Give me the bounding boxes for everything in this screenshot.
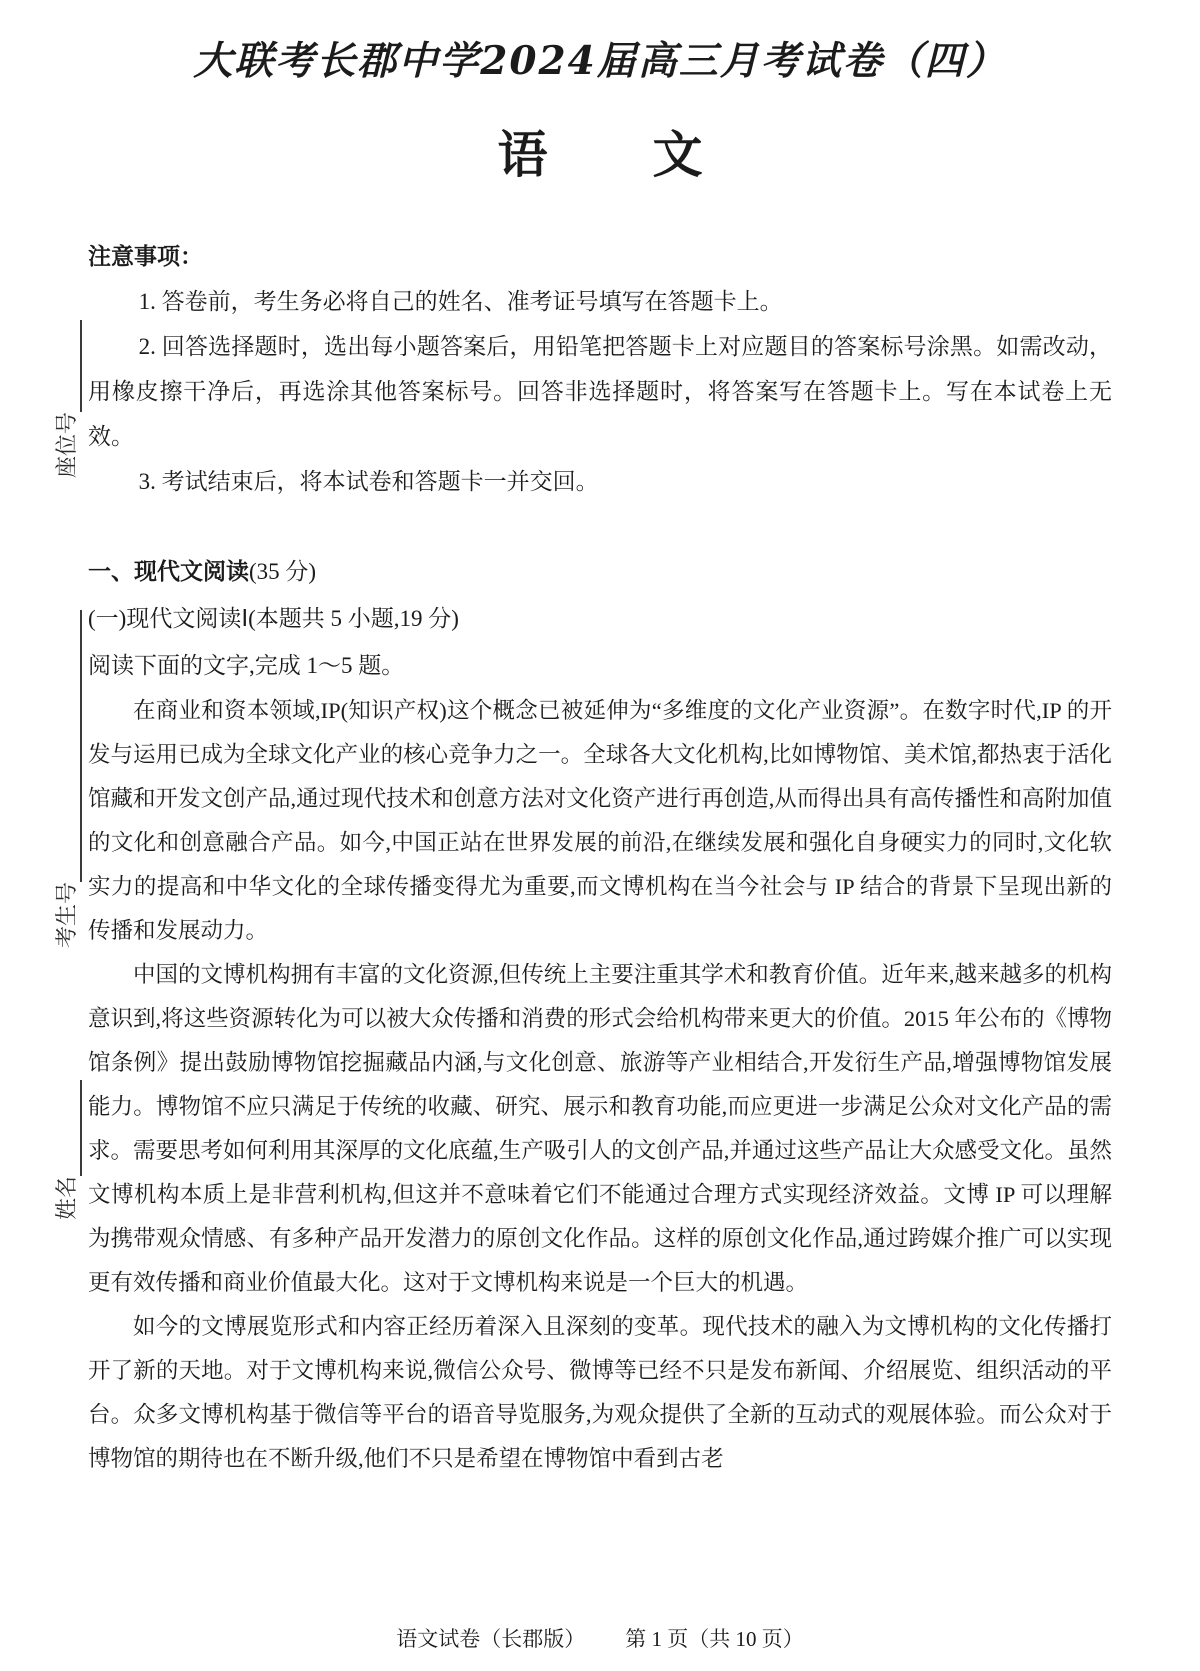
page-footer: 语文试卷（长郡版）第 1 页（共 10 页） <box>0 1623 1200 1653</box>
exam-title: 大联考长郡中学2024届高三月考试卷（四） <box>88 30 1112 86</box>
seal-margin-strip: 姓名 考生号 座位号 <box>38 320 82 1220</box>
seal-seat-no-label: 座位号 <box>52 412 82 478</box>
notice-item-1: 1. 答卷前，考生务必将自己的姓名、准考证号填写在答题卡上。 <box>88 279 1112 324</box>
footer-doc-label: 语文试卷（长郡版） <box>396 1627 585 1651</box>
seal-candidate-no-group: 考生号 <box>52 610 82 948</box>
passage-paragraph-3: 如今的文博展览形式和内容正经历着深入且深刻的变革。现代技术的融入为文博机构的文化… <box>88 1305 1112 1481</box>
passage-paragraph-1: 在商业和资本领域,IP(知识产权)这个概念已被延伸为“多维度的文化产业资源”。在… <box>88 689 1112 953</box>
passage-paragraph-2: 中国的文博机构拥有丰富的文化资源,但传统上主要注重其学术和教育价值。近年来,越来… <box>88 953 1112 1305</box>
page-content: 大联考长郡中学2024届高三月考试卷（四） 语 文 注意事项： 1. 答卷前，考… <box>88 0 1112 1481</box>
notice-heading: 注意事项： <box>88 234 1112 279</box>
section-heading: 一、现代文阅读(35 分) <box>88 548 1112 595</box>
section-heading-label: 一、现代文阅读 <box>88 558 249 584</box>
seal-name-label: 姓名 <box>52 1176 82 1220</box>
subsection-heading: (一)现代文阅读Ⅰ(本题共 5 小题,19 分) <box>88 595 1112 642</box>
subject-title: 语 文 <box>88 126 1112 184</box>
seal-candidate-no-blank-line <box>54 610 82 882</box>
seal-name-group: 姓名 <box>52 1080 82 1220</box>
reading-passage: 在商业和资本领域,IP(知识产权)这个概念已被延伸为“多维度的文化产业资源”。在… <box>88 689 1112 1481</box>
notice-list: 1. 答卷前，考生务必将自己的姓名、准考证号填写在答题卡上。 2. 回答选择题时… <box>88 279 1112 504</box>
section-heading-score: (35 分) <box>249 559 316 584</box>
footer-page-number: 第 1 页（共 10 页） <box>625 1627 804 1651</box>
notice-item-3: 3. 考试结束后，将本试卷和答题卡一并交回。 <box>88 459 1112 504</box>
subject-char-2: 文 <box>653 126 703 184</box>
seal-seat-no-blank-line <box>54 320 82 412</box>
subject-char-1: 语 <box>498 126 548 184</box>
notice-item-2: 2. 回答选择题时，选出每小题答案后，用铅笔把答题卡上对应题目的答案标号涂黑。如… <box>88 324 1112 459</box>
exam-paper-page: 姓名 考生号 座位号 大联考长郡中学2024届高三月考试卷（四） 语 文 注意事… <box>0 0 1200 1671</box>
seal-name-blank-line <box>54 1080 82 1176</box>
passage-intro: 阅读下面的文字,完成 1～5 题。 <box>88 642 1112 689</box>
seal-seat-no-group: 座位号 <box>52 320 82 478</box>
seal-candidate-no-label: 考生号 <box>52 882 82 948</box>
